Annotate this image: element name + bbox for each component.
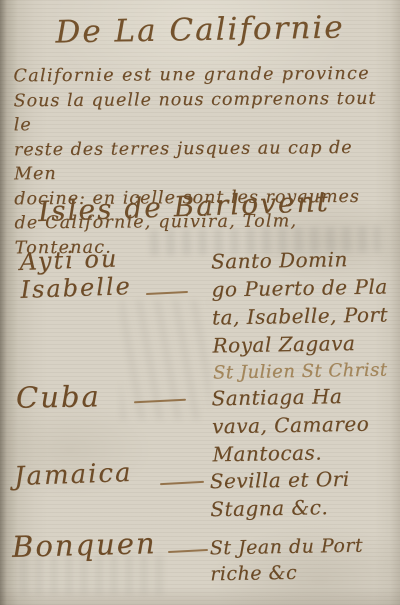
paragraph-line: Californie est une grande province: [13, 62, 393, 89]
island-name: Ayti ou Isabelle: [19, 244, 132, 304]
places-line: Santiaga Ha: [211, 382, 369, 413]
paragraph-line: Sous la quelle nous comprenons tout le: [13, 86, 393, 138]
dash: [160, 481, 204, 485]
intro-paragraph: Californie est une grande province Sous …: [13, 62, 394, 261]
places-text: St Jean du Port riche &c: [210, 533, 364, 588]
places-line: Santo Domin: [211, 244, 388, 275]
places-line: St Jean du Port: [210, 533, 364, 562]
places-line: vava, Camareo: [212, 410, 370, 441]
places-line: Stagna &c.: [210, 493, 350, 523]
island-name-line: Ayti ou: [19, 244, 131, 276]
places-line: ta, Isabelle, Port: [212, 300, 389, 331]
places-line: Royal Zagava: [212, 328, 389, 359]
island-name-line: Jamaica: [14, 458, 133, 492]
dash: [134, 399, 186, 404]
page-title: De La Californie: [0, 9, 400, 52]
island-name-line: Bonquen: [12, 526, 157, 564]
island-name: Cuba: [16, 379, 101, 414]
manuscript-page: De La Californie Californie est une gran…: [0, 0, 400, 605]
island-name: Jamaica: [14, 458, 133, 492]
places-text: Santiaga Ha vava, Camareo Mantocas.: [211, 382, 370, 469]
places-text: Sevilla et Ori Stagna &c.: [210, 465, 351, 523]
places-text: Santo Domin go Puerto de Pla ta, Isabell…: [211, 244, 390, 387]
dash: [168, 549, 208, 553]
island-name-line: Isabelle: [20, 272, 132, 304]
places-line: go Puerto de Pla: [211, 272, 388, 303]
island-name: Bonquen: [12, 526, 157, 564]
paragraph-line: reste des terres jusques au cap de Men: [14, 135, 394, 187]
places-line: riche &c: [210, 559, 364, 588]
places-line: Sevilla et Ori: [210, 465, 350, 495]
places-line: Mantocas.: [212, 438, 370, 469]
island-name-line: Cuba: [16, 379, 101, 414]
dash: [146, 291, 188, 295]
